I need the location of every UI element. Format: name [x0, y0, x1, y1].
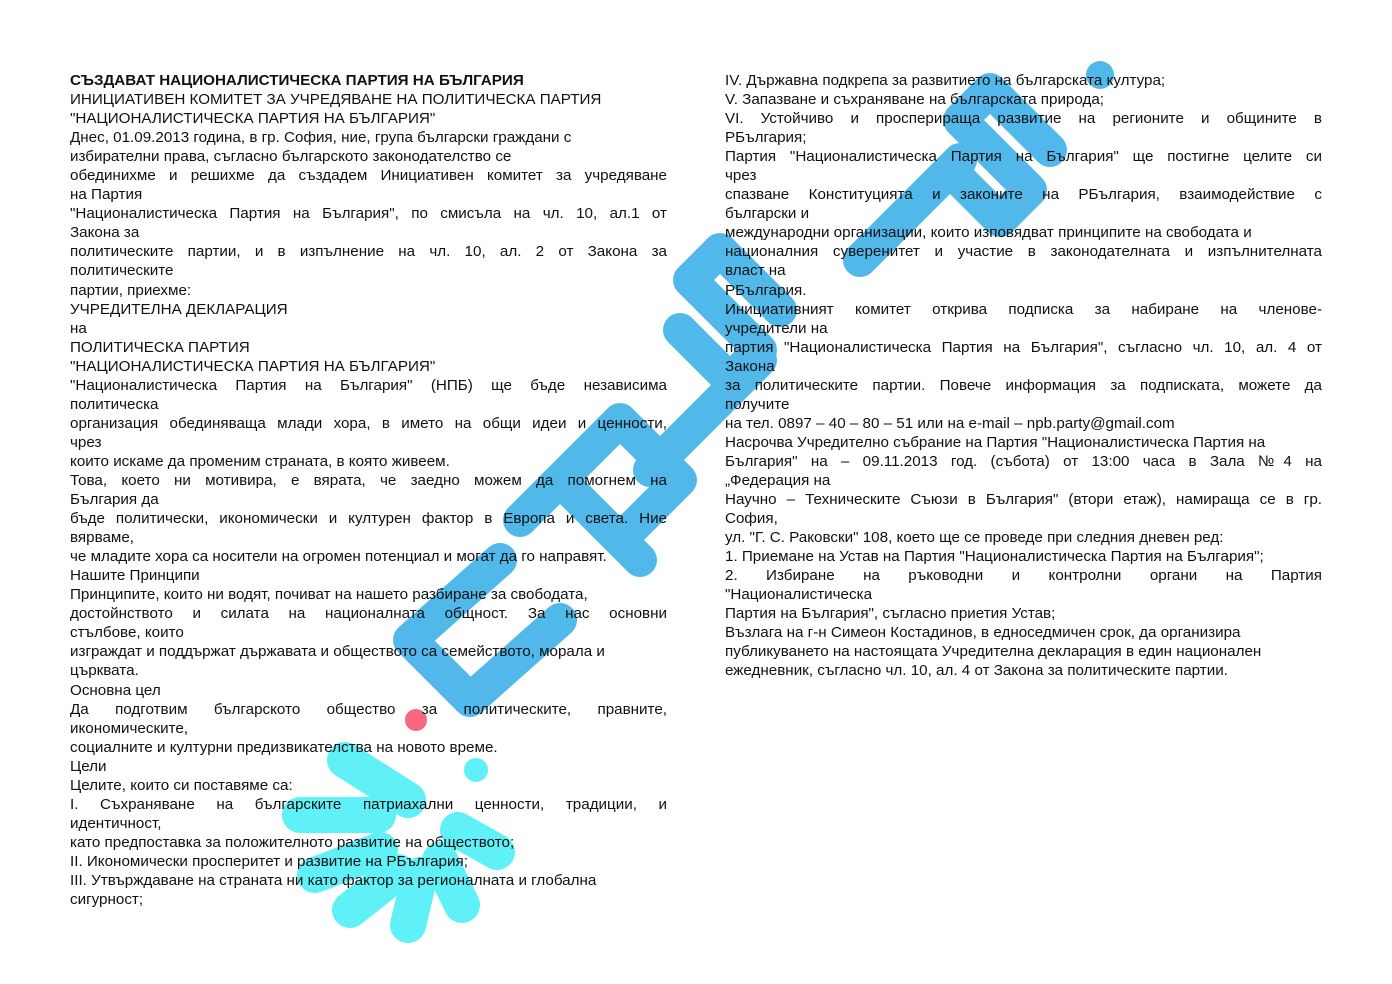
- text-line: III. Утвърждаване на страната ни като фа…: [70, 871, 667, 890]
- text-line: икономическите,: [70, 719, 667, 738]
- text-line: "НАЦИОНАЛИСТИЧЕСКА ПАРТИЯ НА БЪЛГАРИЯ": [70, 109, 667, 128]
- text-line: Закона за: [70, 223, 667, 242]
- text-line: сигурност;: [70, 890, 667, 909]
- text-line: Насрочва Учредително събрание на Партия …: [725, 433, 1322, 452]
- text-line: I. Съхраняване на българските патриахалн…: [70, 795, 667, 814]
- text-line: София,: [725, 509, 1322, 528]
- text-line: обединихме и решихме да създадем Инициат…: [70, 166, 667, 185]
- text-line: V. Запазване и съхраняване на българскат…: [725, 90, 1322, 109]
- text-line: като предпоставка за положителното разви…: [70, 833, 667, 852]
- text-line: Принципите, които ни водят, почиват на н…: [70, 585, 667, 604]
- text-line: идентичност,: [70, 814, 667, 833]
- text-line: международни организации, които изповядв…: [725, 223, 1322, 242]
- text-line: Целите, които си поставяме са:: [70, 776, 667, 795]
- text-line: ежедневник, съгласно чл. 10, ал. 4 от За…: [725, 661, 1322, 680]
- text-line: чрез: [725, 166, 1322, 185]
- text-line: политическите партии, и в изпълнение на …: [70, 242, 667, 261]
- text-line: Закона: [725, 357, 1322, 376]
- text-line: Това, което ни мотивира, е вярата, че за…: [70, 471, 667, 490]
- text-line: Нашите Принципи: [70, 566, 667, 585]
- text-line: бъде политически, икономически и културе…: [70, 509, 667, 528]
- text-line: на: [70, 319, 667, 338]
- text-line: ИНИЦИАТИВЕН КОМИТЕТ ЗА УЧРЕДЯВАНЕ НА ПОЛ…: [70, 90, 667, 109]
- text-line: "НАЦИОНАЛИСТИЧЕСКА ПАРТИЯ НА БЪЛГАРИЯ": [70, 357, 667, 376]
- text-line: България да: [70, 490, 667, 509]
- text-line: български и: [725, 204, 1322, 223]
- text-line: на Партия: [70, 185, 667, 204]
- text-line: "Националистическа Партия на България", …: [70, 204, 667, 223]
- text-line: ул. "Г. С. Раковски" 108, което ще се пр…: [725, 528, 1322, 547]
- text-line: Партия на България", съгласно приетия Ус…: [725, 604, 1322, 623]
- text-line: IV. Държавна подкрепа за развитието на б…: [725, 71, 1322, 90]
- text-line: Цели: [70, 757, 667, 776]
- text-line: получите: [725, 395, 1322, 414]
- text-line: на тел. 0897 – 40 – 80 – 51 или на e-mai…: [725, 414, 1322, 433]
- text-line: Основна цел: [70, 681, 667, 700]
- text-line: националния суверенитет и участие в зако…: [725, 242, 1322, 261]
- text-line: „Федерация на: [725, 471, 1322, 490]
- text-line: VI. Устойчиво и просперираща развитие на…: [725, 109, 1322, 128]
- text-line: партии, приехме:: [70, 281, 667, 300]
- document-title: СЪЗДАВАТ НАЦИОНАЛИСТИЧЕСКА ПАРТИЯ НА БЪЛ…: [70, 71, 667, 90]
- text-line: публикуването на настоящата Учредителна …: [725, 642, 1322, 661]
- text-line: учредители на: [725, 319, 1322, 338]
- text-line: организация обединяваща млади хора, в им…: [70, 414, 667, 433]
- text-line: Да подготвим българското общество за пол…: [70, 700, 667, 719]
- text-line: че младите хора са носители на огромен п…: [70, 547, 667, 566]
- text-line: 1. Приемане на Устав на Партия "Национал…: [725, 547, 1322, 566]
- text-line: власт на: [725, 261, 1322, 280]
- text-line: социалните и културни предизвикателства …: [70, 738, 667, 757]
- text-line: УЧРЕДИТЕЛНА ДЕКЛАРАЦИЯ: [70, 300, 667, 319]
- text-line: стълбове, които: [70, 623, 667, 642]
- text-line: България" на – 09.11.2013 год. (събота) …: [725, 452, 1322, 471]
- text-line: ПОЛИТИЧЕСКА ПАРТИЯ: [70, 338, 667, 357]
- text-line: достойнството и силата на националната о…: [70, 604, 667, 623]
- text-line: Партия "Националистическа Партия на Бълг…: [725, 147, 1322, 166]
- text-line: чрез: [70, 433, 667, 452]
- text-line: спазване Конституцията и законите на РБъ…: [725, 185, 1322, 204]
- text-line: Научно – Техническите Съюзи в България" …: [725, 490, 1322, 509]
- text-line: партия "Националистическа Партия на Бълг…: [725, 338, 1322, 357]
- text-line: за политическите партии. Повече информац…: [725, 376, 1322, 395]
- text-line: 2. Избиране на ръководни и контролни орг…: [725, 566, 1322, 585]
- left-column: СЪЗДАВАТ НАЦИОНАЛИСТИЧЕСКА ПАРТИЯ НА БЪЛ…: [70, 71, 667, 909]
- document-page: СЪЗДАВАТ НАЦИОНАЛИСТИЧЕСКА ПАРТИЯ НА БЪЛ…: [0, 0, 1392, 984]
- text-line: Възлага на г-н Симеон Костадинов, в едно…: [725, 623, 1322, 642]
- text-line: изграждат и поддържат държавата и общест…: [70, 642, 667, 661]
- text-line: които искаме да променим страната, в коя…: [70, 452, 667, 471]
- text-line: църквата.: [70, 661, 667, 680]
- text-line: II. Икономически просперитет и развитие …: [70, 852, 667, 871]
- text-line: Днес, 01.09.2013 година, в гр. София, ни…: [70, 128, 667, 147]
- text-line: политическите: [70, 261, 667, 280]
- text-line: "Националистическа Партия на България" (…: [70, 376, 667, 395]
- text-line: вярваме,: [70, 528, 667, 547]
- text-line: РБългария;: [725, 128, 1322, 147]
- text-line: РБългария.: [725, 281, 1322, 300]
- text-line: политическа: [70, 395, 667, 414]
- text-line: Инициативният комитет открива подписка з…: [725, 300, 1322, 319]
- text-line: "Националистическа: [725, 585, 1322, 604]
- text-line: избирателни права, съгласно българското …: [70, 147, 667, 166]
- right-column: IV. Държавна подкрепа за развитието на б…: [725, 71, 1322, 681]
